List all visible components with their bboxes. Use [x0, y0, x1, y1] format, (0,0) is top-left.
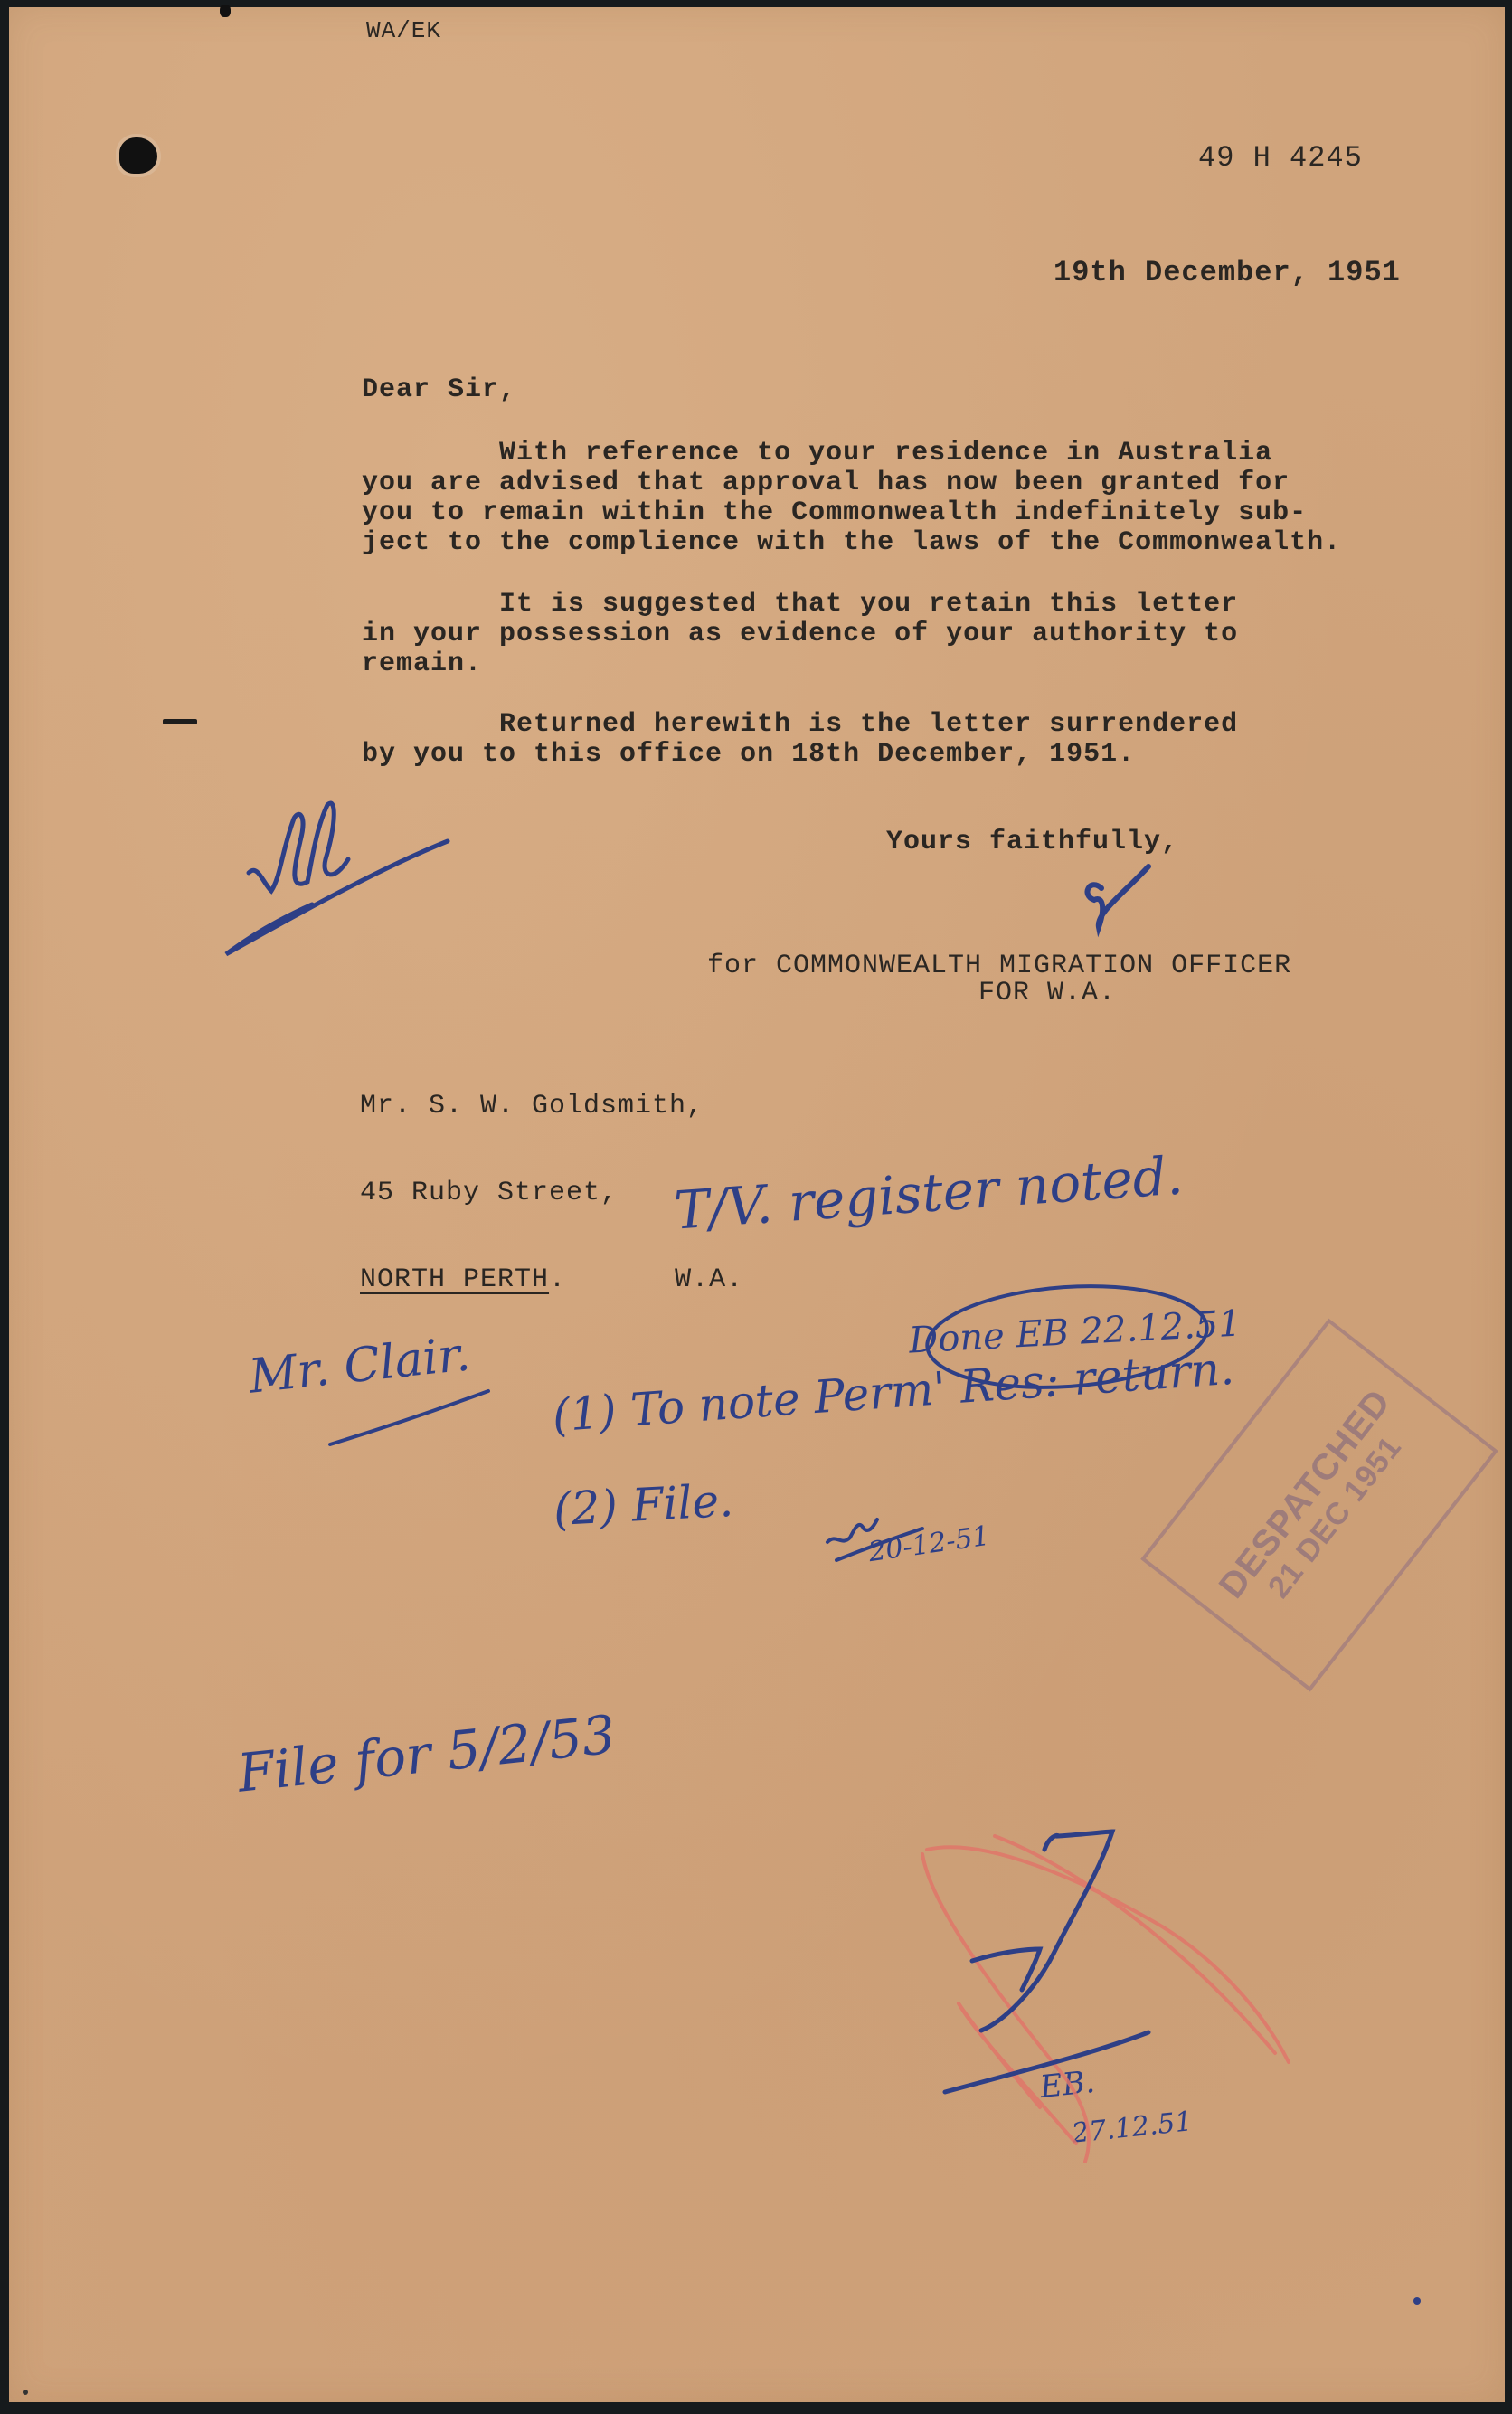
handwritten-instruction-2: (2) File. — [553, 1474, 735, 1536]
addressee-name: Mr. S. W. Goldsmith, — [360, 1092, 743, 1121]
paragraph-returned-letter: Returned herewith is the letter surrende… — [362, 710, 1402, 770]
file-number: 49 H 4245 — [1198, 143, 1363, 173]
addressee-state: W.A. — [675, 1264, 743, 1295]
signatory-region: FOR W.A. — [978, 979, 1116, 1008]
punch-hole — [119, 137, 157, 174]
margin-dash-mark — [163, 719, 197, 724]
paragraph-retain-letter: It is suggested that you retain this let… — [362, 590, 1402, 679]
addressee-suburb: NORTH PERTH — [360, 1264, 549, 1295]
addressee-suburb-line: NORTH PERTH.W.A. — [360, 1265, 743, 1294]
addressee-suburb-suffix: . — [549, 1264, 566, 1295]
salutation: Dear Sir, — [362, 375, 516, 405]
corner-ink-mark — [220, 5, 231, 17]
reference-code: WA/EK — [366, 16, 441, 46]
paragraph-approval: With reference to your residence in Aust… — [362, 439, 1402, 558]
closing: Yours faithfully, — [886, 828, 1178, 857]
letter-date: 19th December, 1951 — [1054, 258, 1401, 288]
handwritten-eb-initials: EB. — [1038, 2064, 1096, 2106]
